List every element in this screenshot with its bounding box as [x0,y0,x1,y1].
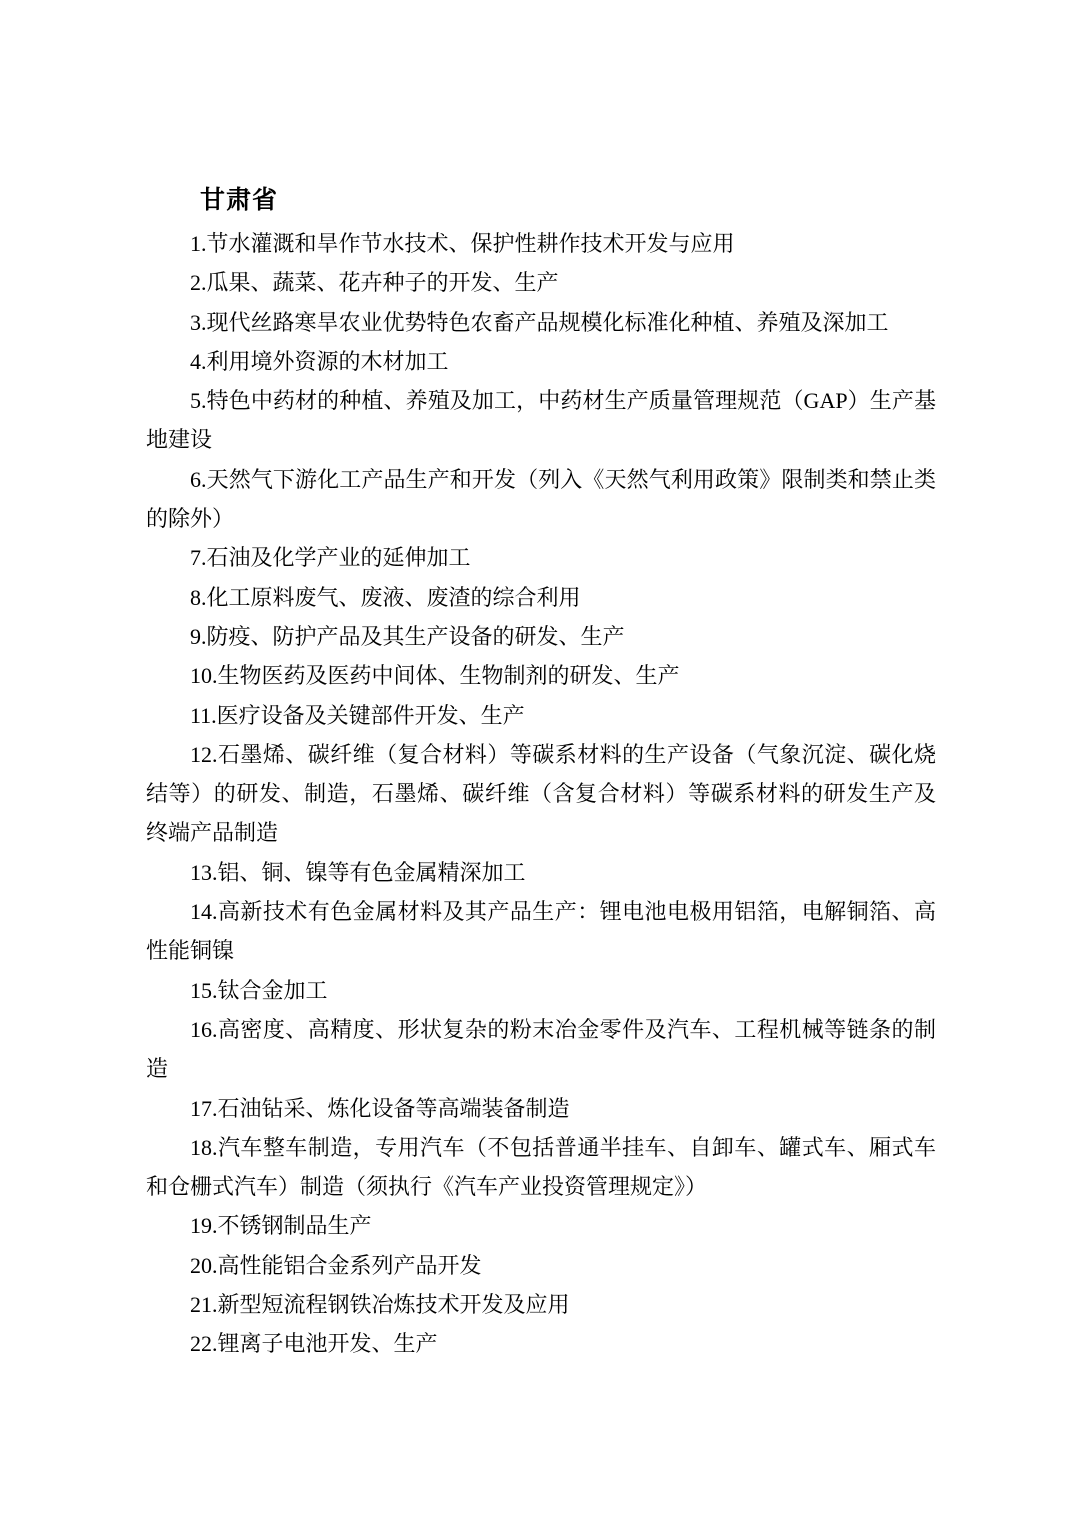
list-item-19: 19.不锈钢制品生产 [146,1206,936,1245]
list-item-11: 11.医疗设备及关键部件开发、生产 [146,696,936,735]
list-item-2: 2.瓜果、蔬菜、花卉种子的开发、生产 [146,263,936,302]
list-item-13: 13.铝、铜、镍等有色金属精深加工 [146,853,936,892]
list-item-3: 3.现代丝路寒旱农业优势特色农畜产品规模化标准化种植、养殖及深加工 [146,303,936,342]
list-item-10: 10.生物医药及医药中间体、生物制剂的研发、生产 [146,656,936,695]
list-item-17: 17.石油钻采、炼化设备等高端装备制造 [146,1089,936,1128]
list-item-9: 9.防疫、防护产品及其生产设备的研发、生产 [146,617,936,656]
page-title: 甘肃省 [146,176,936,224]
list-item-22: 22.锂离子电池开发、生产 [146,1324,936,1363]
list-item-4: 4.利用境外资源的木材加工 [146,342,936,381]
document-page: 甘肃省 1.节水灌溉和旱作节水技术、保护性耕作技术开发与应用 2.瓜果、蔬菜、花… [0,0,1074,1520]
list-item-15: 15.钛合金加工 [146,971,936,1010]
list-item-7: 7.石油及化学产业的延伸加工 [146,538,936,577]
list-item-12: 12.石墨烯、碳纤维（复合材料）等碳系材料的生产设备（气象沉淀、碳化烧结等）的研… [146,735,936,853]
list-item-18: 18.汽车整车制造，专用汽车（不包括普通半挂车、自卸车、罐式车、厢式车和仓栅式汽… [146,1128,936,1207]
list-item-5: 5.特色中药材的种植、养殖及加工，中药材生产质量管理规范（GAP）生产基地建设 [146,381,936,460]
list-item-8: 8.化工原料废气、废液、废渣的综合利用 [146,578,936,617]
list-item-14: 14.高新技术有色金属材料及其产品生产：锂电池电极用铝箔，电解铜箔、高性能铜镍 [146,892,936,971]
list-item-6: 6.天然气下游化工产品生产和开发（列入《天然气利用政策》限制类和禁止类的除外） [146,460,936,539]
list-item-20: 20.高性能铝合金系列产品开发 [146,1246,936,1285]
list-item-16: 16.高密度、高精度、形状复杂的粉末冶金零件及汽车、工程机械等链条的制造 [146,1010,936,1089]
list-item-21: 21.新型短流程钢铁冶炼技术开发及应用 [146,1285,936,1324]
document-content: 甘肃省 1.节水灌溉和旱作节水技术、保护性耕作技术开发与应用 2.瓜果、蔬菜、花… [146,176,936,1364]
list-item-1: 1.节水灌溉和旱作节水技术、保护性耕作技术开发与应用 [146,224,936,263]
